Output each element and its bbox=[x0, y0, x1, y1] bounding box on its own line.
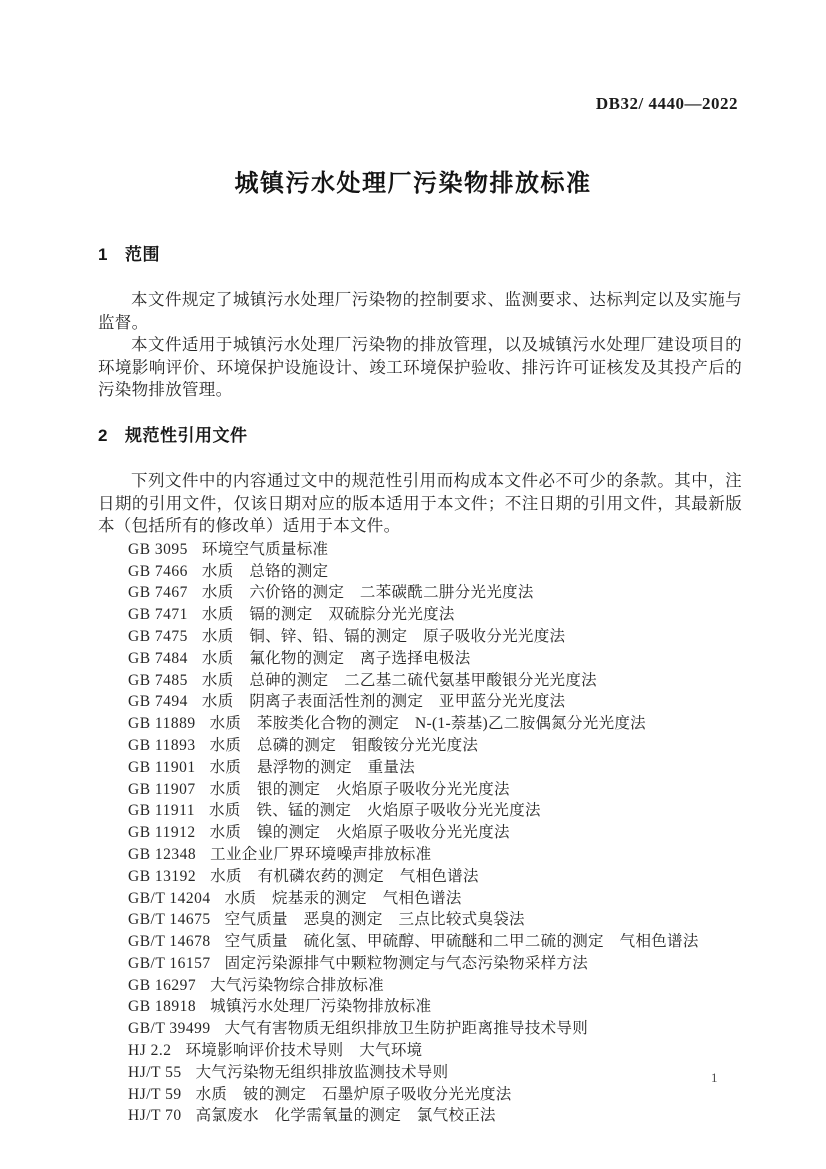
reference-title: 大气有害物质无组织排放卫生防护距离推导技术导则 bbox=[225, 1020, 588, 1037]
document-page: DB32/ 4440—2022 城镇污水处理厂污染物排放标准 1范围 本文件规定… bbox=[0, 0, 826, 1169]
section-2-number: 2 bbox=[98, 426, 108, 446]
reference-title: 水质 氟化物的测定 离子选择电极法 bbox=[202, 650, 471, 667]
section-1-number: 1 bbox=[98, 245, 108, 265]
reference-title: 水质 总砷的测定 二乙基二硫代氨基甲酸银分光光度法 bbox=[202, 672, 597, 689]
reference-item: HJ/T 59水质 铍的测定 石墨炉原子吸收分光光度法 bbox=[128, 1084, 742, 1106]
scope-paragraph-1: 本文件规定了城镇污水处理厂污染物的控制要求、监测要求、达标判定以及实施与监督。 bbox=[98, 289, 742, 334]
standard-code: DB32/ 4440—2022 bbox=[596, 94, 738, 114]
reference-code: GB 7485 bbox=[128, 670, 188, 692]
reference-item: HJ/T 70高氯废水 化学需氧量的测定 氯气校正法 bbox=[128, 1105, 742, 1127]
reference-code: GB/T 39499 bbox=[128, 1018, 211, 1040]
reference-code: GB 11912 bbox=[128, 822, 196, 844]
reference-code: GB/T 14678 bbox=[128, 931, 211, 953]
reference-title: 水质 镉的测定 双硫腙分光光度法 bbox=[202, 606, 455, 623]
reference-item: GB 7494水质 阴离子表面活性剂的测定 亚甲蓝分光光度法 bbox=[128, 691, 742, 713]
reference-item: GB 11911水质 铁、锰的测定 火焰原子吸收分光光度法 bbox=[128, 800, 742, 822]
reference-code: GB 12348 bbox=[128, 844, 196, 866]
reference-title: 水质 悬浮物的测定 重量法 bbox=[210, 759, 415, 776]
reference-title: 水质 银的测定 火焰原子吸收分光光度法 bbox=[210, 781, 510, 798]
reference-code: HJ/T 70 bbox=[128, 1105, 182, 1127]
reference-title: 水质 烷基汞的测定 气相色谱法 bbox=[225, 890, 462, 907]
reference-item: GB 13192水质 有机磷农药的测定 气相色谱法 bbox=[128, 866, 742, 888]
reference-code: GB 11911 bbox=[128, 800, 195, 822]
reference-item: GB/T 39499大气有害物质无组织排放卫生防护距离推导技术导则 bbox=[128, 1018, 742, 1040]
reference-title: 水质 有机磷农药的测定 气相色谱法 bbox=[210, 868, 479, 885]
reference-item: GB 12348工业企业厂界环境噪声排放标准 bbox=[128, 844, 742, 866]
reference-title: 环境空气质量标准 bbox=[202, 541, 328, 558]
section-1-title: 范围 bbox=[125, 245, 160, 264]
reference-item: GB 11907水质 银的测定 火焰原子吸收分光光度法 bbox=[128, 779, 742, 801]
reference-item: GB 7485水质 总砷的测定 二乙基二硫代氨基甲酸银分光光度法 bbox=[128, 670, 742, 692]
section-2-heading: 2规范性引用文件 bbox=[98, 421, 742, 446]
reference-title: 水质 镍的测定 火焰原子吸收分光光度法 bbox=[210, 824, 510, 841]
reference-item: HJ/T 55大气污染物无组织排放监测技术导则 bbox=[128, 1062, 742, 1084]
reference-code: GB 18918 bbox=[128, 996, 196, 1018]
reference-item: HJ 2.2环境影响评价技术导则 大气环境 bbox=[128, 1040, 742, 1062]
reference-item: GB 3095环境空气质量标准 bbox=[128, 539, 742, 561]
reference-item: GB 7471水质 镉的测定 双硫腙分光光度法 bbox=[128, 604, 742, 626]
reference-title: 水质 铜、锌、铅、镉的测定 原子吸收分光光度法 bbox=[202, 628, 565, 645]
reference-code: HJ/T 55 bbox=[128, 1062, 182, 1084]
reference-code: GB 11907 bbox=[128, 779, 196, 801]
reference-title: 水质 铁、锰的测定 火焰原子吸收分光光度法 bbox=[209, 802, 541, 819]
reference-item: GB 11889水质 苯胺类化合物的测定 N-(1-萘基)乙二胺偶氮分光光度法 bbox=[128, 713, 742, 735]
reference-title: 水质 总磷的测定 钼酸铵分光光度法 bbox=[210, 737, 479, 754]
reference-title: 空气质量 恶臭的测定 三点比较式臭袋法 bbox=[225, 911, 525, 928]
reference-item: GB 7467水质 六价铬的测定 二苯碳酰二肼分光光度法 bbox=[128, 582, 742, 604]
reference-code: GB/T 14675 bbox=[128, 909, 211, 931]
reference-code: HJ/T 59 bbox=[128, 1084, 182, 1106]
reference-code: GB 11901 bbox=[128, 757, 196, 779]
reference-code: GB/T 14204 bbox=[128, 888, 211, 910]
reference-title: 水质 阴离子表面活性剂的测定 亚甲蓝分光光度法 bbox=[202, 693, 565, 710]
reference-code: GB 11893 bbox=[128, 735, 196, 757]
reference-title: 城镇污水处理厂污染物排放标准 bbox=[210, 998, 431, 1015]
reference-item: GB/T 16157固定污染源排气中颗粒物测定与气态污染物采样方法 bbox=[128, 953, 742, 975]
reference-code: GB 7467 bbox=[128, 582, 188, 604]
reference-item: GB 7475水质 铜、锌、铅、镉的测定 原子吸收分光光度法 bbox=[128, 626, 742, 648]
reference-code: GB 16297 bbox=[128, 975, 196, 997]
reference-title: 固定污染源排气中颗粒物测定与气态污染物采样方法 bbox=[225, 955, 588, 972]
document-body: 1范围 本文件规定了城镇污水处理厂污染物的控制要求、监测要求、达标判定以及实施与… bbox=[98, 240, 742, 1127]
reference-code: GB/T 16157 bbox=[128, 953, 211, 975]
reference-item: GB 18918城镇污水处理厂污染物排放标准 bbox=[128, 996, 742, 1018]
reference-code: HJ 2.2 bbox=[128, 1040, 171, 1062]
reference-title: 大气污染物无组织排放监测技术导则 bbox=[196, 1064, 449, 1081]
reference-code: GB 7494 bbox=[128, 691, 188, 713]
reference-item: GB/T 14678空气质量 硫化氢、甲硫醇、甲硫醚和二甲二硫的测定 气相色谱法 bbox=[128, 931, 742, 953]
reference-title: 水质 总铬的测定 bbox=[202, 563, 328, 580]
reference-code: GB 11889 bbox=[128, 713, 196, 735]
reference-code: GB 3095 bbox=[128, 539, 188, 561]
references-intro-paragraph: 下列文件中的内容通过文中的规范性引用而构成本文件必不可少的条款。其中，注日期的引… bbox=[98, 470, 742, 538]
reference-title: 工业企业厂界环境噪声排放标准 bbox=[210, 846, 431, 863]
reference-code: GB 7466 bbox=[128, 561, 188, 583]
reference-title: 水质 苯胺类化合物的测定 N-(1-萘基)乙二胺偶氮分光光度法 bbox=[210, 715, 646, 732]
reference-item: GB 7466水质 总铬的测定 bbox=[128, 561, 742, 583]
reference-title: 环境影响评价技术导则 大气环境 bbox=[185, 1042, 422, 1059]
reference-title: 水质 铍的测定 石墨炉原子吸收分光光度法 bbox=[196, 1086, 512, 1103]
document-title: 城镇污水处理厂污染物排放标准 bbox=[0, 163, 826, 198]
reference-code: GB 13192 bbox=[128, 866, 196, 888]
reference-item: GB 11893水质 总磷的测定 钼酸铵分光光度法 bbox=[128, 735, 742, 757]
reference-item: GB 11912水质 镍的测定 火焰原子吸收分光光度法 bbox=[128, 822, 742, 844]
reference-title: 水质 六价铬的测定 二苯碳酰二肼分光光度法 bbox=[202, 584, 534, 601]
reference-item: GB/T 14675空气质量 恶臭的测定 三点比较式臭袋法 bbox=[128, 909, 742, 931]
page-number: 1 bbox=[711, 1070, 718, 1086]
reference-code: GB 7484 bbox=[128, 648, 188, 670]
reference-title: 大气污染物综合排放标准 bbox=[210, 977, 384, 994]
scope-paragraph-2: 本文件适用于城镇污水处理厂污染物的排放管理，以及城镇污水处理厂建设项目的环境影响… bbox=[98, 334, 742, 402]
reference-code: GB 7471 bbox=[128, 604, 188, 626]
reference-item: GB 11901水质 悬浮物的测定 重量法 bbox=[128, 757, 742, 779]
section-1-heading: 1范围 bbox=[98, 240, 742, 265]
reference-title: 高氯废水 化学需氧量的测定 氯气校正法 bbox=[196, 1107, 496, 1124]
reference-item: GB/T 14204水质 烷基汞的测定 气相色谱法 bbox=[128, 888, 742, 910]
reference-item: GB 7484水质 氟化物的测定 离子选择电极法 bbox=[128, 648, 742, 670]
reference-item: GB 16297大气污染物综合排放标准 bbox=[128, 975, 742, 997]
reference-title: 空气质量 硫化氢、甲硫醇、甲硫醚和二甲二硫的测定 气相色谱法 bbox=[225, 933, 699, 950]
reference-code: GB 7475 bbox=[128, 626, 188, 648]
reference-list: GB 3095环境空气质量标准GB 7466水质 总铬的测定GB 7467水质 … bbox=[98, 539, 742, 1128]
section-2-title: 规范性引用文件 bbox=[125, 426, 248, 445]
